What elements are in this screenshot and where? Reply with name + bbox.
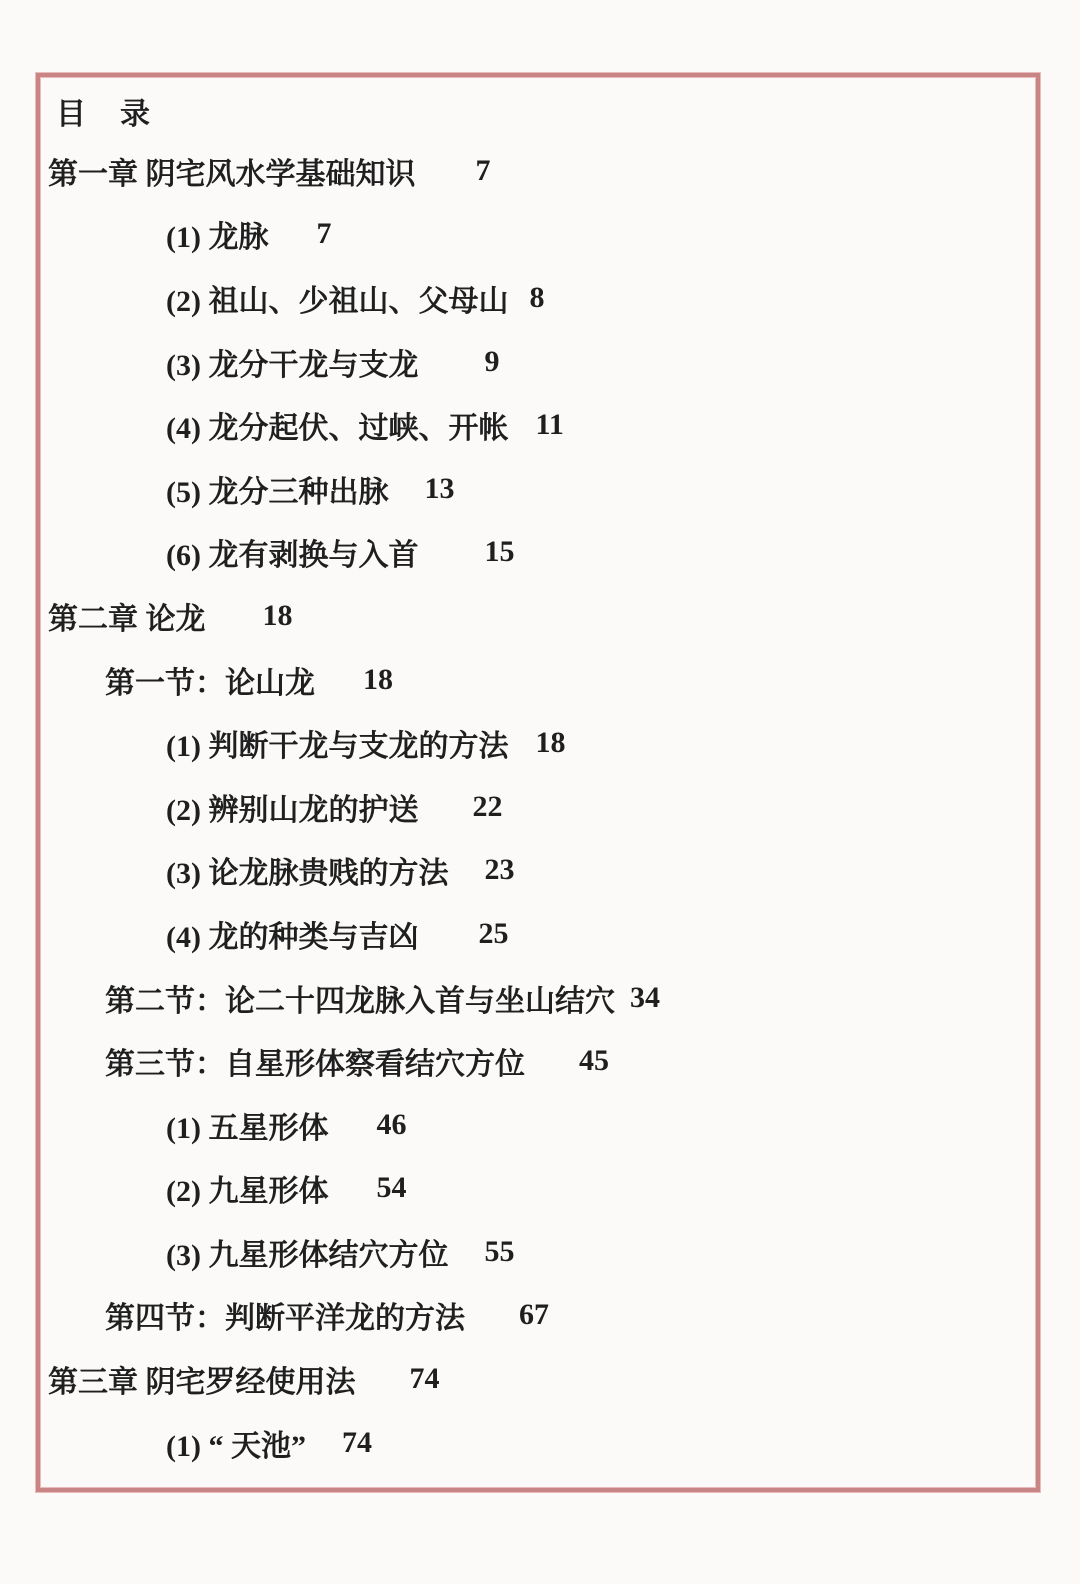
toc-entry-page-number: 25 <box>478 917 508 951</box>
toc-entry-page-number: 74 <box>342 1426 372 1460</box>
toc-entry-label: 第二章 论龙 <box>48 594 206 638</box>
toc-entry: 第一节：论山龙 18 <box>40 648 1036 712</box>
toc-entry-page-number: 46 <box>376 1108 406 1142</box>
toc-entry-page-number: 13 <box>424 472 454 506</box>
toc-entry-label: (1) “ 天池” <box>166 1421 306 1465</box>
toc-entry: 第四节：判断平洋龙的方法 67 <box>40 1284 1036 1348</box>
toc-entry-label: (5) 龙分三种出脉 <box>166 467 388 511</box>
toc-entry: (5) 龙分三种出脉 13 <box>40 457 1036 521</box>
toc-entry: (3) 论龙脉贵贱的方法 23 <box>40 839 1036 903</box>
toc-entry-page-number: 54 <box>376 1171 406 1205</box>
toc-entry-page-number: 74 <box>410 1362 440 1396</box>
toc-entry-page-number: 18 <box>363 663 393 697</box>
toc-entry: 第二章 论龙 18 <box>40 584 1036 648</box>
toc-entry-label: (3) 九星形体结穴方位 <box>166 1230 448 1274</box>
toc-entry-label: (2) 祖山、少祖山、父母山 <box>166 276 508 320</box>
toc-entry-label: (3) 论龙脉贵贱的方法 <box>166 848 448 892</box>
toc-entry-label: 第一章 阴宅风水学基础知识 <box>48 149 416 193</box>
toc-entry-page-number: 8 <box>529 281 544 315</box>
toc-entry-label: 第四节：判断平洋龙的方法 <box>105 1293 465 1337</box>
toc-entry-page-number: 9 <box>484 345 499 379</box>
toc-entry-label: 第二节：论二十四龙脉入首与坐山结穴 <box>105 976 615 1020</box>
toc-entry-page-number: 7 <box>476 154 491 188</box>
toc-entry: 第三节：自星形体察看结穴方位 45 <box>40 1029 1036 1093</box>
toc-entry-page-number: 55 <box>484 1235 514 1269</box>
toc-entry-page-number: 18 <box>535 726 565 760</box>
toc-entry: (1) 五星形体 46 <box>40 1093 1036 1157</box>
toc-entry-label: (2) 辨别山龙的护送 <box>166 785 418 829</box>
toc-entry: 第二节：论二十四龙脉入首与坐山结穴 34 <box>40 966 1036 1030</box>
toc-entry-label: 第三节：自星形体察看结穴方位 <box>105 1039 525 1083</box>
toc-entry-page-number: 45 <box>579 1044 609 1078</box>
toc-entry-page-number: 15 <box>484 535 514 569</box>
toc-entry-page-number: 34 <box>630 981 660 1015</box>
toc-entry-page-number: 67 <box>519 1298 549 1332</box>
toc-entry-label: (2) 九星形体 <box>166 1166 328 1210</box>
toc-entry: (1) “ 天池” 74 <box>40 1411 1036 1475</box>
toc-entry-label: (1) 龙脉 <box>166 212 268 256</box>
toc-entry-page-number: 7 <box>316 217 331 251</box>
document-page: 目 录 第一章 阴宅风水学基础知识 7 (1) 龙脉 7 (2) 祖山、少祖山、… <box>0 0 1080 1584</box>
toc-entry: (4) 龙的种类与吉凶 25 <box>40 902 1036 966</box>
toc-entry-page-number: 11 <box>535 408 563 442</box>
toc-entry: (2) 辨别山龙的护送 22 <box>40 775 1036 839</box>
toc-border-frame: 目 录 第一章 阴宅风水学基础知识 7 (1) 龙脉 7 (2) 祖山、少祖山、… <box>36 73 1040 1492</box>
toc-entry-list: 第一章 阴宅风水学基础知识 7 (1) 龙脉 7 (2) 祖山、少祖山、父母山 … <box>40 139 1036 1474</box>
toc-entry: (1) 判断干龙与支龙的方法 18 <box>40 711 1036 775</box>
toc-entry: (3) 九星形体结穴方位 55 <box>40 1220 1036 1284</box>
toc-entry: (6) 龙有剥换与入首 15 <box>40 521 1036 585</box>
toc-entry-page-number: 18 <box>263 599 293 633</box>
toc-entry-label: (1) 判断干龙与支龙的方法 <box>166 721 508 765</box>
toc-entry: 第一章 阴宅风水学基础知识 7 <box>40 139 1036 203</box>
toc-entry: (1) 龙脉 7 <box>40 203 1036 267</box>
toc-entry-label: (3) 龙分干龙与支龙 <box>166 340 418 384</box>
toc-entry-label: (4) 龙的种类与吉凶 <box>166 912 418 956</box>
toc-entry-label: (1) 五星形体 <box>166 1103 328 1147</box>
toc-entry-page-number: 22 <box>472 790 502 824</box>
toc-entry-label: (4) 龙分起伏、过峡、开帐 <box>166 403 508 447</box>
toc-entry: (4) 龙分起伏、过峡、开帐 11 <box>40 393 1036 457</box>
toc-entry: 第三章 阴宅罗经使用法 74 <box>40 1347 1036 1411</box>
toc-title: 目 录 <box>40 83 1036 139</box>
toc-entry: (2) 祖山、少祖山、父母山 8 <box>40 266 1036 330</box>
toc-entry-label: 第一节：论山龙 <box>105 658 315 702</box>
toc-entry-label: 第三章 阴宅罗经使用法 <box>48 1357 356 1401</box>
toc-entry-label: (6) 龙有剥换与入首 <box>166 530 418 574</box>
toc-entry-page-number: 23 <box>484 853 514 887</box>
toc-entry: (2) 九星形体 54 <box>40 1157 1036 1221</box>
toc-content: 目 录 第一章 阴宅风水学基础知识 7 (1) 龙脉 7 (2) 祖山、少祖山、… <box>40 77 1036 1474</box>
toc-entry: (3) 龙分干龙与支龙 9 <box>40 330 1036 394</box>
